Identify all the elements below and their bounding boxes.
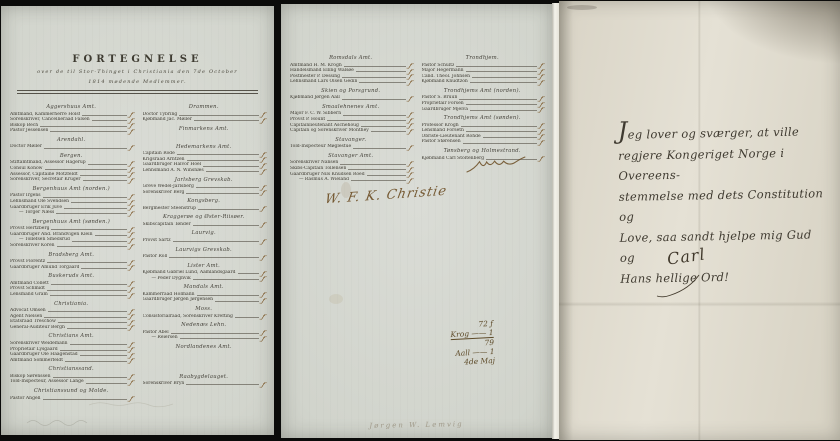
leader-line: [463, 143, 538, 144]
member-row: Pastor Jessensenƒ: [10, 128, 133, 134]
section-header: Raabygdelauget.: [143, 374, 266, 380]
attendance-ink-mark: ƒ: [408, 130, 412, 134]
section-header: Drammen.: [143, 104, 266, 110]
member-name: Gaardbruger Jørgen Jørgensen: [143, 297, 214, 303]
leader-line: [80, 175, 127, 176]
leader-line: [53, 377, 127, 378]
amt-section: Laurvig.Provst Sartzƒ: [143, 230, 266, 243]
attendance-ink-mark: ƒ: [129, 212, 133, 216]
amt-section: Kongsberg.Bergmester Steenstrupƒ: [143, 198, 266, 211]
leader-line: [60, 350, 127, 351]
leader-line: [56, 213, 127, 214]
section-header: Christianssand.: [10, 366, 133, 372]
member-name: Consistorialraad, Sorenskriver Krefting: [143, 314, 233, 320]
member-row: — Reiersenƒ: [143, 335, 266, 341]
leader-line: [340, 164, 406, 165]
attendance-ink-mark: ƒ: [408, 146, 412, 150]
section-header: Mandals Amt.: [143, 284, 266, 290]
section-header: Laurvigs Grevskab.: [143, 247, 266, 253]
section-header: Finmarkens Amt.: [143, 126, 266, 132]
leader-line: [43, 197, 127, 198]
leader-line: [470, 110, 538, 111]
amt-section: Bradsberg Amt.Provst FlorentzƒGaardbruge…: [10, 252, 133, 271]
attendance-ink-mark: ƒ: [262, 255, 266, 259]
member-row: Pastor Størensenƒ: [422, 139, 544, 145]
attendance-ink-mark: ƒ: [129, 293, 133, 297]
member-name: Amtmand Sommerfeldt: [10, 358, 63, 364]
member-row: Kjøbmand Knudtzonƒ: [422, 79, 544, 85]
page1-col0: Aggershuus Amt.Amtmand, Kammerherre Hols…: [10, 101, 133, 403]
leader-line: [456, 66, 537, 67]
member-row: Doctor Møllerƒ: [10, 144, 133, 150]
section-header: Stavanger Amt.: [290, 153, 412, 159]
oath-text: Jeg lover og sværger, at villeregjere Ko…: [618, 121, 831, 289]
member-name: Kjøbmand Jørgen Aall: [290, 95, 340, 101]
section-header: Skien og Porsgrund.: [290, 88, 412, 94]
page-title: FORTEGNELSE: [1, 54, 274, 65]
page-1-register: FORTEGNELSE over de til Stor-Thinget i C…: [1, 6, 274, 435]
amt-section: Kraggerøe og Øster-Riisøer.Skibscapitain…: [143, 214, 266, 227]
amt-section: Laurvigs Grevskab.Pastor Rollƒ: [143, 247, 266, 260]
member-row: Sorenskriver Korenƒ: [10, 243, 133, 249]
attendance-ink-mark: ƒ: [262, 299, 266, 303]
amt-section: Nordlandenes Amt.: [143, 344, 266, 350]
section-header: Nordlandenes Amt.: [143, 344, 266, 350]
amt-section: Hedemarkens Amt.Capitain RodeƒKrigsraad …: [143, 144, 266, 174]
amt-section: Skien og Porsgrund.Kjøbmand Jørgen Aallƒ: [290, 88, 412, 101]
member-row: — Peder Dygnvikƒ: [143, 276, 266, 282]
attendance-ink-mark: ƒ: [262, 315, 266, 319]
leader-line: [83, 180, 127, 181]
amt-section: Bergen.Stiftamtmand, Assessor HagerupƒCo…: [10, 153, 133, 183]
leader-line: [50, 131, 126, 132]
member-name: Lehnsmand A. N. Winsnæs: [143, 168, 204, 174]
amt-section: Christiania.Advocat OmsenƒAgent Nielsenƒ…: [10, 301, 133, 331]
section-header: Romsdals Amt.: [290, 55, 412, 61]
leader-line: [193, 225, 260, 226]
section-header: Laurvig.: [143, 230, 266, 236]
leader-line: [40, 126, 127, 127]
leader-line: [361, 126, 406, 127]
member-name: Lensmand Gram: [10, 292, 48, 298]
member-name: Sorenskriver Berg: [143, 190, 185, 196]
leader-line: [58, 322, 127, 323]
member-row: Pastor Rollƒ: [143, 254, 266, 260]
member-row: Told-Inspecteur Møglestueƒ: [290, 144, 412, 150]
member-row: Told-Inspecteur, Assessor Langeƒ: [10, 379, 133, 385]
attendance-ink-mark: ƒ: [129, 326, 133, 330]
attendance-ink-mark: ƒ: [129, 146, 133, 150]
leader-line: [57, 246, 127, 247]
attendance-ink-mark: ƒ: [262, 169, 266, 173]
leader-line: [48, 311, 127, 312]
leader-line: [169, 257, 259, 258]
oath-line: regjere Kongeriget Norge i Overeens-: [618, 142, 829, 187]
member-row: Skibscapitain Tønderƒ: [143, 222, 266, 228]
faint-scribble: [87, 399, 177, 409]
section-header: Jarlsberg Grevskab.: [143, 177, 266, 183]
amt-section: Trondhjem.Pastor SchultzƒMajor Hegermann…: [422, 55, 544, 85]
member-name: Pastor Jessensen: [10, 128, 48, 134]
leader-line: [359, 82, 406, 83]
member-row: Provst Sartzƒ: [143, 238, 266, 244]
page2-col0: Romsdals Amt.Amtmand H. M. KroghƒHandels…: [290, 52, 412, 185]
amt-section: Stavanger Amt.Sorenskriver NansenƒSkibs-…: [290, 153, 412, 183]
member-name: Pastor Roll: [143, 254, 168, 260]
section-header: Lister Amt.: [143, 263, 266, 269]
leader-line: [44, 148, 127, 149]
member-row: Lehnsmand Lars Olsen Gedinƒ: [290, 79, 412, 85]
member-row: Sorenskriver, Secretair Krügerƒ: [10, 177, 133, 183]
leader-line: [92, 120, 127, 121]
member-name: Doctor Møller: [10, 144, 42, 150]
member-name: Lehnsmand Lars Olsen Gedin: [290, 79, 357, 85]
member-name: — Peder Dygnvik: [143, 276, 191, 282]
leader-line: [95, 235, 127, 236]
member-name: Gaardbruger Amund Torgaard: [10, 265, 79, 271]
leader-line: [70, 344, 127, 345]
leader-line: [88, 164, 127, 165]
amt-section: Trondhjems Amt (sønden).Professor Kroghƒ…: [422, 115, 544, 145]
attendance-ink-mark: ƒ: [129, 359, 133, 363]
member-row: Amtmand Sommerfeldtƒ: [10, 358, 133, 364]
amt-section: Aggershuus Amt.Amtmand, Kammerherre Hols…: [10, 104, 133, 134]
section-header: Kraggerøe og Øster-Riisøer.: [143, 214, 266, 220]
member-row: Bergmester Steenstrupƒ: [143, 206, 266, 212]
page-edge: [552, 3, 559, 439]
attendance-ink-mark: ƒ: [129, 179, 133, 183]
scanned-document-spread: FORTEGNELSE over de til Stor-Thinget i C…: [0, 0, 840, 441]
leader-line: [180, 338, 260, 339]
amt-section: Buskeruds Amt.Amtmand CollettƒProvst Sch…: [10, 273, 133, 297]
leader-line: [65, 361, 127, 362]
section-header: Aggershuus Amt.: [10, 104, 133, 110]
member-name: Kjøbmand Jac. Møller: [143, 117, 192, 123]
page1-columns: Aggershuus Amt.Amtmand, Kammerherre Hols…: [1, 97, 274, 403]
amt-section: Bergenhuus Amt (sønden.)Provst Hertzberg…: [10, 219, 133, 249]
section-header: Bergen.: [10, 153, 133, 159]
leader-line: [344, 66, 406, 67]
leader-line: [44, 317, 127, 318]
member-name: Told-Inspecteur Møglestue: [290, 144, 351, 150]
amt-section: Mandals Amt.Kammerraad HolmannƒGaardbrug…: [143, 284, 266, 303]
vote-tally: 72 ƒKrog —— 179Aall —— 14de Maj: [450, 319, 495, 367]
amt-section: Lister Amt.Kjøbmand Gabriel Lund, Aamlan…: [143, 263, 266, 282]
section-header: Moss.: [143, 306, 266, 312]
section-header: Bergenhuus Amt (sønden.): [10, 219, 133, 225]
double-rule: [17, 90, 258, 94]
attendance-ink-mark: ƒ: [262, 191, 266, 195]
oath-line: Love, saa sandt hjelpe mig Gud og: [619, 224, 830, 269]
page-3-oath: Jeg lover og sværger, at villeregjere Ko…: [559, 1, 840, 440]
member-name: General-Auditeur Bergh: [10, 325, 65, 331]
attendance-ink-mark: ƒ: [408, 97, 412, 101]
member-row: Gaardbruger Mjelvaƒ: [422, 107, 544, 113]
member-name: — Torger Næss: [10, 210, 54, 216]
member-row: Gaardbruger Jørgen Jørgensenƒ: [143, 297, 266, 303]
section-header: Nedenæs Lehn.: [143, 322, 266, 328]
attendance-ink-mark: ƒ: [129, 266, 133, 270]
amt-section: Romsdals Amt.Amtmand H. M. KroghƒHandels…: [290, 55, 412, 85]
member-name: Gaardbruger Mjelva: [422, 107, 468, 113]
subtitle-line-2: 1814 mødende Medlemmer.: [1, 79, 274, 85]
member-name: — Reiersen: [143, 335, 178, 341]
leader-line: [197, 295, 260, 296]
page-2-register: Romsdals Amt.Amtmand H. M. KroghƒHandels…: [281, 4, 552, 438]
member-row: — Torger Næssƒ: [10, 210, 133, 216]
leader-line: [235, 317, 260, 318]
amt-section: Christianssand.Biskop SørenssenƒTold-Ins…: [10, 366, 133, 385]
member-row: Gaardbruger Amund Torgaardƒ: [10, 265, 133, 271]
section-header: Kongsberg.: [143, 198, 266, 204]
leader-line: [371, 131, 406, 132]
leader-line: [203, 166, 259, 167]
attendance-ink-mark: ƒ: [262, 277, 266, 281]
attendance-ink-mark: ƒ: [262, 119, 266, 123]
member-name: Capitain og Sorenskriver Monthey: [290, 128, 369, 134]
member-name: Skibscapitain Tønder: [143, 222, 191, 228]
president-signature: W. F. K. Christie: [324, 184, 448, 208]
section-header: Christians Amt.: [10, 333, 133, 339]
attendance-ink-mark: ƒ: [408, 81, 412, 85]
amt-section: Raabygdelauget.Sorenskriver Brynƒ: [143, 374, 266, 387]
leader-line: [187, 160, 260, 161]
attendance-ink-mark: ƒ: [540, 108, 544, 112]
member-row: Kjøbmand Jac. Møllerƒ: [143, 117, 266, 123]
oath-line: Hans hellige Ord!: [620, 265, 830, 289]
attendance-ink-mark: ƒ: [262, 207, 266, 211]
section-header: Arendahl.: [10, 137, 133, 143]
member-name: Sorenskriver Koren: [10, 243, 55, 249]
leader-line: [238, 273, 260, 274]
amt-section: Smaalehnenes Amt.Major F. C. W. Sibbernƒ…: [290, 104, 412, 134]
leader-line: [51, 284, 127, 285]
clerk-signature: Jørgen W. Lemvig: [281, 419, 552, 432]
attendance-ink-mark: ƒ: [262, 337, 266, 341]
leader-line: [186, 193, 259, 194]
attendance-ink-mark: ƒ: [540, 157, 544, 161]
leader-line: [186, 384, 259, 385]
amt-section: Nedenæs Lehn.Pastor Abelƒ— Reiersenƒ: [143, 322, 266, 341]
section-header: Bradsberg Amt.: [10, 252, 133, 258]
attendance-ink-mark: ƒ: [129, 244, 133, 248]
member-name: Pastor Angell: [10, 396, 41, 402]
subtitle-line-1: over de til Stor-Thinget i Christiania d…: [1, 69, 274, 75]
leader-line: [67, 328, 127, 329]
attendance-ink-mark: ƒ: [129, 130, 133, 134]
attendance-ink-mark: ƒ: [262, 383, 266, 387]
leader-line: [367, 175, 406, 176]
member-row: Consistorialraad, Sorenskriver Kreftingƒ: [143, 314, 266, 320]
leader-line: [342, 77, 406, 78]
leader-line: [472, 77, 537, 78]
leader-line: [356, 71, 406, 72]
leader-line: [196, 187, 259, 188]
amt-section: Stavanger.Told-Inspecteur Møglestueƒ: [290, 137, 412, 150]
section-header: Christiania.: [10, 301, 133, 307]
section-header: Buskeruds Amt.: [10, 273, 133, 279]
member-name: Pastor Størensen: [422, 139, 461, 145]
attendance-ink-mark: ƒ: [129, 381, 133, 385]
leader-line: [470, 82, 538, 83]
amt-section: Christians Amt.Sorenskriver WeidemannƒPr…: [10, 333, 133, 363]
member-row: Kjøbmand Jørgen Aallƒ: [290, 95, 412, 101]
member-name: Provst Sartz: [143, 238, 171, 244]
leader-line: [47, 290, 127, 291]
attendance-ink-mark: ƒ: [540, 141, 544, 145]
section-header: Smaalehnenes Amt.: [290, 104, 412, 110]
leader-line: [483, 137, 538, 138]
amt-section: Arendahl.Doctor Møllerƒ: [10, 137, 133, 150]
member-name: Told-Inspecteur, Assessor Lange: [10, 379, 84, 385]
leader-line: [177, 154, 260, 155]
pencil-marks: [567, 5, 597, 10]
leader-line: [466, 71, 538, 72]
leader-line: [351, 180, 406, 181]
leader-line: [459, 99, 537, 100]
member-row: Sorenskriver Bergƒ: [143, 190, 266, 196]
member-name: Bergmester Steenstrup: [143, 206, 196, 212]
amt-section: Finmarkens Amt.: [143, 126, 266, 132]
amt-section: Jarlsberg Grevskab.Greve Wedel-Jarlsberg…: [143, 177, 266, 196]
leader-line: [342, 99, 406, 100]
leader-line: [80, 355, 127, 356]
member-row: Lensmand Gramƒ: [10, 292, 133, 298]
leader-line: [343, 115, 406, 116]
member-name: Sorenskriver, Secretair Krüger: [10, 177, 81, 183]
amt-section: Trondhjems Amt (norden).Pastor S. Bruunƒ…: [422, 88, 544, 112]
section-header: Trondhjems Amt (sønden).: [422, 115, 544, 121]
ink-stain: [329, 294, 343, 304]
amt-section: Bergenhuus Amt (norden.)Pastor IrgensƒLe…: [10, 186, 133, 216]
leader-line: [47, 262, 127, 263]
leader-line: [466, 104, 538, 105]
leader-line: [193, 279, 260, 280]
section-header: Trondhjems Amt (norden).: [422, 88, 544, 94]
member-row: Capitain og Sorenskriver Montheyƒ: [290, 128, 412, 134]
leader-line: [215, 301, 259, 302]
leader-line: [51, 229, 126, 230]
section-header: Trondhjem.: [422, 55, 544, 61]
leader-line: [198, 209, 259, 210]
attendance-ink-mark: ƒ: [262, 223, 266, 227]
leader-line: [45, 169, 127, 170]
attendance-ink-mark: ƒ: [262, 239, 266, 243]
attendance-ink-mark: ƒ: [408, 179, 412, 183]
attendance-ink-mark: ƒ: [540, 81, 544, 85]
pencil-scribble: [25, 417, 95, 427]
member-name: Sorenskriver Bryn: [143, 381, 185, 387]
leader-line: [206, 171, 260, 172]
amt-section: Drammen.Doctor TybringƒKjøbmand Jac. Møl…: [143, 104, 266, 123]
section-header: Stavanger.: [290, 137, 412, 143]
signature-flourish: [655, 273, 705, 299]
oath-line: stemmelse med dets Constitution og: [619, 183, 830, 228]
member-name: — Rasmus A. Wieland: [290, 177, 349, 183]
leader-line: [461, 126, 538, 127]
leader-line: [348, 169, 406, 170]
leader-line: [173, 241, 260, 242]
leader-line: [50, 295, 127, 296]
oath-line: Jeg lover og sværger, at ville: [618, 121, 828, 145]
member-name: Kjøbmand Knudtzon: [422, 79, 468, 85]
leader-line: [71, 202, 127, 203]
leader-line: [194, 120, 260, 121]
leader-line: [171, 333, 260, 334]
leader-line: [81, 268, 126, 269]
member-row: General-Auditeur Berghƒ: [10, 325, 133, 331]
member-row: Sorenskriver Brynƒ: [143, 381, 266, 387]
section-header: Hedemarkens Amt.: [143, 144, 266, 150]
leader-line: [72, 241, 127, 242]
leader-line: [86, 383, 127, 384]
leader-line: [82, 115, 126, 116]
amt-section: Moss.Consistorialraad, Sorenskriver Kref…: [143, 306, 266, 319]
leader-line: [64, 208, 127, 209]
leader-line: [179, 115, 259, 116]
member-row: Lehnsmand A. N. Winsnæsƒ: [143, 168, 266, 174]
page1-col1: Drammen.Doctor TybringƒKjøbmand Jac. Møl…: [143, 101, 266, 403]
leader-line: [466, 131, 537, 132]
leader-line: [327, 120, 406, 121]
section-header: Bergenhuus Amt (norden.): [10, 186, 133, 192]
leader-line: [353, 148, 406, 149]
member-row: — Rasmus A. Wielandƒ: [290, 177, 412, 183]
section-header: Christianssund og Molde.: [10, 388, 133, 394]
